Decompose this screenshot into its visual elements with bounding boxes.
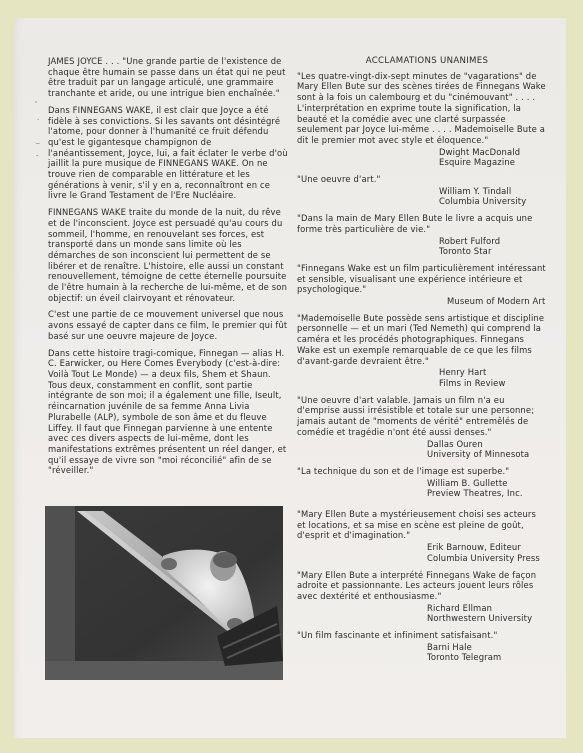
reviewer-source: Museum of Modern Art bbox=[447, 296, 547, 307]
review-attribution: Dwight MacDonald Esquire Magazine bbox=[297, 147, 547, 168]
review-quote: "Mary Ellen Bute a mystérieusement chois… bbox=[297, 509, 547, 541]
margin-mark: · bbox=[37, 117, 39, 124]
reviewer-name: William Y. Tindall bbox=[439, 186, 547, 197]
review-quote: "Une oeuvre d'art valable. Jamais un fil… bbox=[297, 395, 547, 438]
reviewer-source: Films in Review bbox=[439, 378, 547, 389]
reviewer-name: Richard Ellman bbox=[427, 603, 547, 614]
acclamations-heading: ACCLAMATIONS UNANIMES bbox=[297, 56, 547, 67]
review-item: "Les quatre-vingt-dix-sept minutes de "v… bbox=[297, 71, 547, 168]
reviewer-source: Toronto Telegram bbox=[427, 652, 547, 663]
review-attribution: Richard Ellman Northwestern University bbox=[297, 603, 547, 624]
reviewer-source: Columbia University Press bbox=[427, 553, 547, 564]
reviewer-name: Dwight MacDonald bbox=[439, 147, 547, 158]
intro-paragraph: Dans FINNEGANS WAKE, il est clair que Jo… bbox=[48, 105, 288, 201]
review-attribution: William B. Gullette Preview Theatres, In… bbox=[297, 478, 547, 499]
review-item: "La technique du son et de l'image est s… bbox=[297, 466, 547, 499]
film-still-image bbox=[45, 506, 283, 680]
reviewer-source: Toronto Star bbox=[439, 246, 547, 257]
review-item: "Mary Ellen Bute a interprété Finnegans … bbox=[297, 570, 547, 625]
film-still-photo bbox=[45, 506, 283, 680]
reviewer-source: Preview Theatres, Inc. bbox=[427, 488, 547, 499]
review-item: "Dans la main de Mary Ellen Bute le livr… bbox=[297, 213, 547, 257]
reviewer-source: Esquire Magazine bbox=[439, 157, 547, 168]
margin-mark: , bbox=[35, 97, 37, 104]
review-quote: "Mademoiselle Bute possède sens artistiq… bbox=[297, 313, 547, 367]
reviewer-name: Dallas Ouren bbox=[427, 439, 547, 450]
review-attribution: Barni Hale Toronto Telegram bbox=[297, 642, 547, 663]
right-column: ACCLAMATIONS UNANIMES "Les quatre-vingt-… bbox=[297, 56, 547, 669]
reviewer-source: University of Minnesota bbox=[427, 449, 547, 460]
theme-paragraph: FINNEGANS WAKE traite du monde de la nui… bbox=[48, 207, 288, 303]
review-attribution: Henry Hart Films in Review bbox=[297, 367, 547, 388]
review-item: "Une oeuvre d'art." William Y. Tindall C… bbox=[297, 174, 547, 207]
review-quote: "Les quatre-vingt-dix-sept minutes de "v… bbox=[297, 71, 547, 146]
reviewer-source: Northwestern University bbox=[427, 613, 547, 624]
reviewer-name: Barni Hale bbox=[427, 642, 547, 653]
story-paragraph: Dans cette histoire tragi-comique, Finne… bbox=[48, 348, 288, 476]
review-quote: "Mary Ellen Bute a interprété Finnegans … bbox=[297, 570, 547, 602]
review-item: "Finnegans Wake est un film particulière… bbox=[297, 263, 547, 307]
review-quote: "Dans la main de Mary Ellen Bute le livr… bbox=[297, 213, 547, 234]
reviewer-source: Columbia University bbox=[439, 196, 547, 207]
review-attribution: Robert Fulford Toronto Star bbox=[297, 236, 547, 257]
joyce-quote-paragraph: JAMES JOYCE . . . "Une grande partie de … bbox=[48, 56, 288, 99]
review-attribution: William Y. Tindall Columbia University bbox=[297, 186, 547, 207]
review-attribution: Dallas Ouren University of Minnesota bbox=[297, 439, 547, 460]
review-quote: "Un film fascinante et infiniment satisf… bbox=[297, 630, 547, 641]
review-item: "Mademoiselle Bute possède sens artistiq… bbox=[297, 313, 547, 389]
reviewer-name: Robert Fulford bbox=[439, 236, 547, 247]
review-quote: "La technique du son et de l'image est s… bbox=[297, 466, 547, 477]
left-column: JAMES JOYCE . . . "Une grande partie de … bbox=[48, 56, 288, 482]
film-paragraph: C'est une partie de ce mouvement univers… bbox=[48, 309, 288, 341]
reviewer-name: William B. Gullette bbox=[427, 478, 547, 489]
review-item: "Un film fascinante et infiniment satisf… bbox=[297, 630, 547, 663]
reviewer-name: Henry Hart bbox=[439, 367, 547, 378]
reviewer-name: Erik Barnouw, Editeur bbox=[427, 542, 547, 553]
margin-mark: - bbox=[36, 153, 39, 160]
review-attribution: Museum of Modern Art bbox=[297, 296, 547, 307]
review-item: "Mary Ellen Bute a mystérieusement chois… bbox=[297, 509, 547, 564]
review-item: "Une oeuvre d'art valable. Jamais un fil… bbox=[297, 395, 547, 460]
review-attribution: Erik Barnouw, Editeur Columbia Universit… bbox=[297, 542, 547, 563]
review-quote: "Finnegans Wake est un film particulière… bbox=[297, 263, 547, 295]
review-quote: "Une oeuvre d'art." bbox=[297, 174, 547, 185]
margin-mark: _ bbox=[36, 137, 40, 144]
